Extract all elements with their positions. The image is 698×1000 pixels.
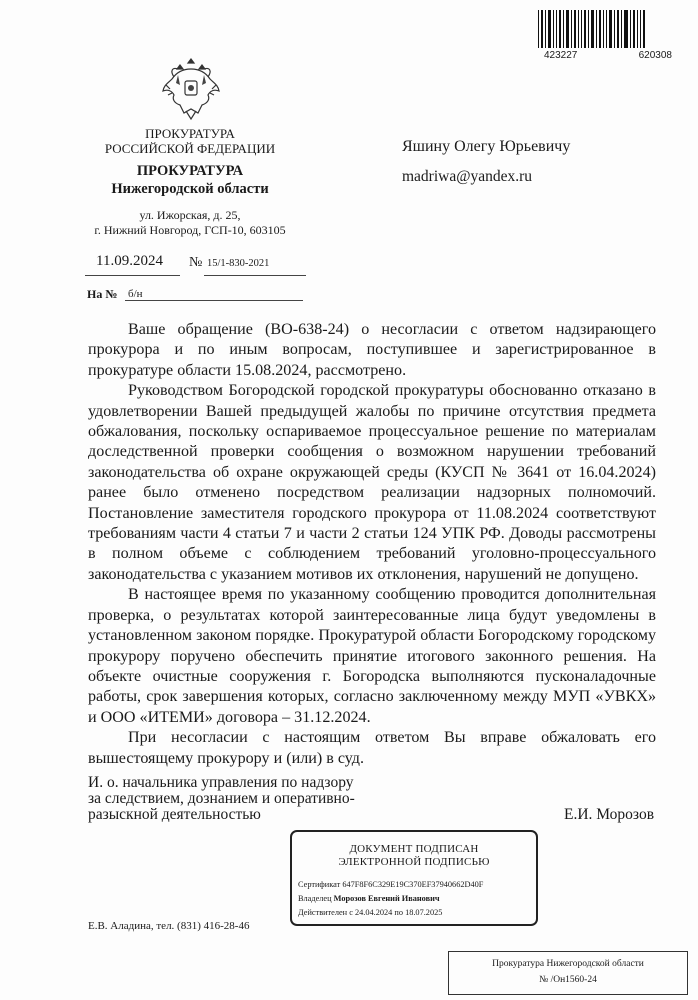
esign-certificate-row: Сертификат 647F8F6C329E19C370EF37940662D… <box>298 878 536 892</box>
owner-value: Морозов Евгений Иванович <box>334 894 440 903</box>
sender-block: ПРОКУРАТУРА РОССИЙСКОЙ ФЕДЕРАЦИИ ПРОКУРА… <box>80 126 300 238</box>
executor-contact: Е.В. Аладина, тел. (831) 416-28-46 <box>88 920 249 932</box>
esign-details: Сертификат 647F8F6C329E19C370EF37940662D… <box>298 878 536 920</box>
reply-to-value: б/н <box>128 288 143 300</box>
valid-to-label: по <box>394 908 403 917</box>
sender-line-2: РОССИЙСКОЙ ФЕДЕРАЦИИ <box>80 141 300 156</box>
org-name-line-2: Нижегородской области <box>80 180 300 198</box>
valid-to: 18.07.2025 <box>405 908 442 917</box>
certificate-value: 647F8F6C329E19C370EF37940662D40F <box>342 880 483 889</box>
barcode-bars <box>538 10 678 48</box>
incoming-registration-stamp: Прокуратура Нижегородской области № /Он1… <box>448 951 688 995</box>
number-underline <box>204 275 306 276</box>
esign-header-line-1: ДОКУМЕНТ ПОДПИСАН <box>292 843 536 856</box>
stamp-line-2: № /Он1560-24 <box>449 972 687 988</box>
electronic-signature-stamp: ДОКУМЕНТ ПОДПИСАН ЭЛЕКТРОННОЙ ПОДПИСЬЮ С… <box>290 830 538 926</box>
registration-number: 15/1-830-2021 <box>207 258 269 269</box>
signer-title-line-3: разыскной деятельностью <box>88 807 355 823</box>
esign-validity-row: Действителен с 24.04.2024 по 18.07.2025 <box>298 906 536 920</box>
signer-title-line-1: И. о. начальника управления по надзору <box>88 775 355 791</box>
org-name-line-1: ПРОКУРАТУРА <box>80 162 300 180</box>
signer-title-line-2: за следствием, дознанием и оперативно- <box>88 791 355 807</box>
address-line-2: г. Нижний Новгород, ГСП-10, 603105 <box>80 223 300 238</box>
esign-header-line-2: ЭЛЕКТРОННОЙ ПОДПИСЬЮ <box>292 856 536 869</box>
sender-line-1: ПРОКУРАТУРА <box>80 126 300 141</box>
barcode-digits: 423227 620308 <box>538 50 678 61</box>
esign-owner-row: Владелец Морозов Евгений Иванович <box>298 892 536 906</box>
reply-to-underline <box>125 300 303 301</box>
reply-to-label: На № <box>87 287 117 302</box>
address-line-1: ул. Ижорская, д. 25, <box>80 208 300 223</box>
stamp-line-1: Прокуратура Нижегородской области <box>449 956 687 972</box>
recipient-name: Яшину Олегу Юрьевичу <box>402 137 570 157</box>
signer-name: Е.И. Морозов <box>564 806 654 824</box>
sender-address: ул. Ижорская, д. 25, г. Нижний Новгород,… <box>80 208 300 238</box>
letter-body: Ваше обращение (ВО-638-24) о несогласии … <box>88 320 656 769</box>
barcode: 423227 620308 <box>538 10 678 52</box>
recipient-email: madriwa@yandex.ru <box>402 168 532 186</box>
document-date: 11.09.2024 <box>96 253 163 270</box>
paragraph: Ваше обращение (ВО-638-24) о несогласии … <box>88 320 656 381</box>
certificate-label: Сертификат <box>298 880 340 889</box>
valid-from: 24.04.2024 <box>355 908 392 917</box>
barcode-right-digits: 620308 <box>639 50 672 61</box>
esign-header: ДОКУМЕНТ ПОДПИСАН ЭЛЕКТРОННОЙ ПОДПИСЬЮ <box>292 843 536 869</box>
paragraph: Руководством Богородской городской проку… <box>88 381 656 585</box>
paragraph: В настоящее время по указанному сообщени… <box>88 585 656 728</box>
signer-title: И. о. начальника управления по надзору з… <box>88 775 355 823</box>
barcode-left-digits: 423227 <box>544 50 577 61</box>
owner-label: Владелец <box>298 894 332 903</box>
russian-double-headed-eagle-icon <box>160 55 222 121</box>
valid-label: Действителен с <box>298 908 353 917</box>
date-underline <box>85 275 180 276</box>
number-sign: № <box>189 255 202 271</box>
paragraph: При несогласии с настоящим ответом Вы вп… <box>88 728 656 769</box>
